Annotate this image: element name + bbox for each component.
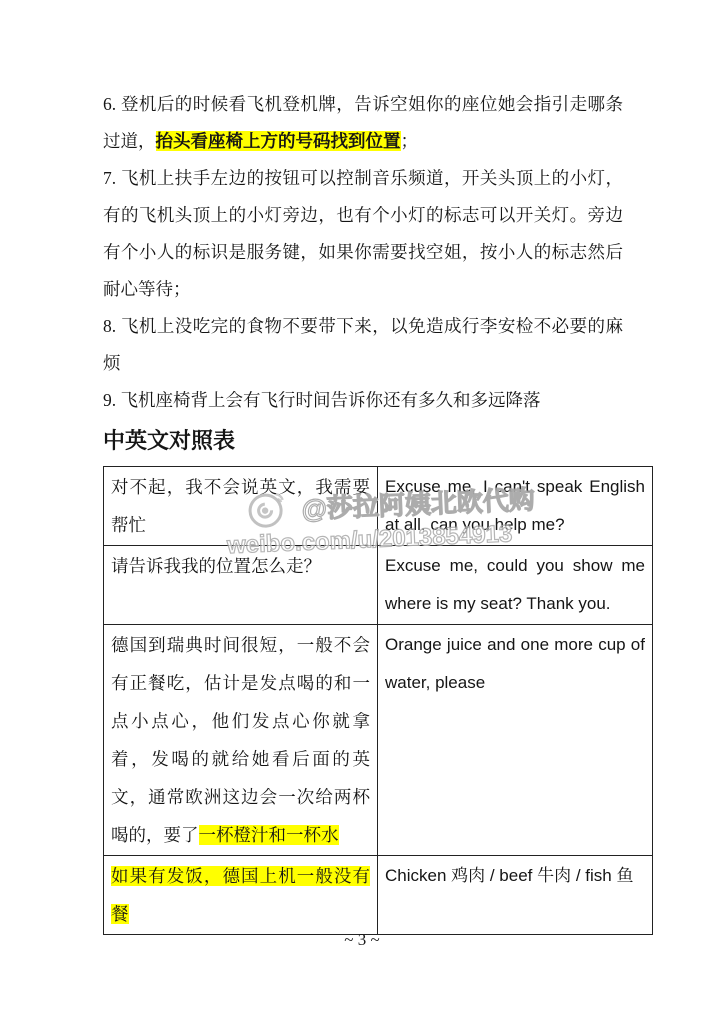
cell-zh: 德国到瑞典时间很短，一般不会有正餐吃，估计是发点喝的和一点小点心，他们发点心你就… [104, 625, 378, 856]
highlighted-text: 抬头看座椅上方的号码找到位置 [156, 131, 401, 151]
cell-en: Excuse me, I can't speak English at all,… [378, 467, 653, 546]
highlighted-text: 一杯橙汁和一杯水 [199, 825, 339, 845]
list-item-7: 7. 飞机上扶手左边的按钮可以控制音乐频道，开关头顶上的小灯，有的飞机头顶上的小… [103, 160, 623, 308]
cell-en: Chicken 鸡肉 / beef 牛肉 / fish 鱼 [378, 856, 653, 935]
cell-en: Orange juice and one more cup of water, … [378, 625, 653, 856]
list-item-6-tail: ； [401, 131, 419, 151]
list-item-9: 9. 飞机座椅背上会有飞行时间告诉你还有多久和多远降落 [103, 382, 623, 419]
document-page: 6. 登机后的时候看飞机登机牌，告诉空姐你的座位她会指引走哪条过道，抬头看座椅上… [0, 0, 724, 1024]
cell-zh-text: 德国到瑞典时间很短，一般不会有正餐吃，估计是发点喝的和一点小点心，他们发点心你就… [111, 635, 370, 845]
list-item-6: 6. 登机后的时候看飞机登机牌，告诉空姐你的座位她会指引走哪条过道，抬头看座椅上… [103, 86, 623, 160]
cell-zh: 对不起，我不会说英文，我需要帮忙 [104, 467, 378, 546]
cell-en: Excuse me, could you show me where is my… [378, 546, 653, 625]
list-item-8: 8. 飞机上没吃完的食物不要带下来，以免造成行李安检不必要的麻烦 [103, 308, 623, 382]
cell-zh: 请告诉我我的位置怎么走？ [104, 546, 378, 625]
highlighted-text: 如果有发饭，德国上机一般没有餐 [111, 866, 370, 924]
section-heading: 中英文对照表 [103, 426, 623, 456]
table-row: 请告诉我我的位置怎么走？ Excuse me, could you show m… [104, 546, 653, 625]
table-row: 对不起，我不会说英文，我需要帮忙 Excuse me, I can't spea… [104, 467, 653, 546]
page-number: ~ 3 ~ [0, 929, 724, 951]
document-content: 6. 登机后的时候看飞机登机牌，告诉空姐你的座位她会指引走哪条过道，抬头看座椅上… [103, 86, 623, 935]
table-row: 如果有发饭，德国上机一般没有餐 Chicken 鸡肉 / beef 牛肉 / f… [104, 856, 653, 935]
phrase-table: 对不起，我不会说英文，我需要帮忙 Excuse me, I can't spea… [103, 466, 653, 935]
cell-zh: 如果有发饭，德国上机一般没有餐 [104, 856, 378, 935]
table-row: 德国到瑞典时间很短，一般不会有正餐吃，估计是发点喝的和一点小点心，他们发点心你就… [104, 625, 653, 856]
